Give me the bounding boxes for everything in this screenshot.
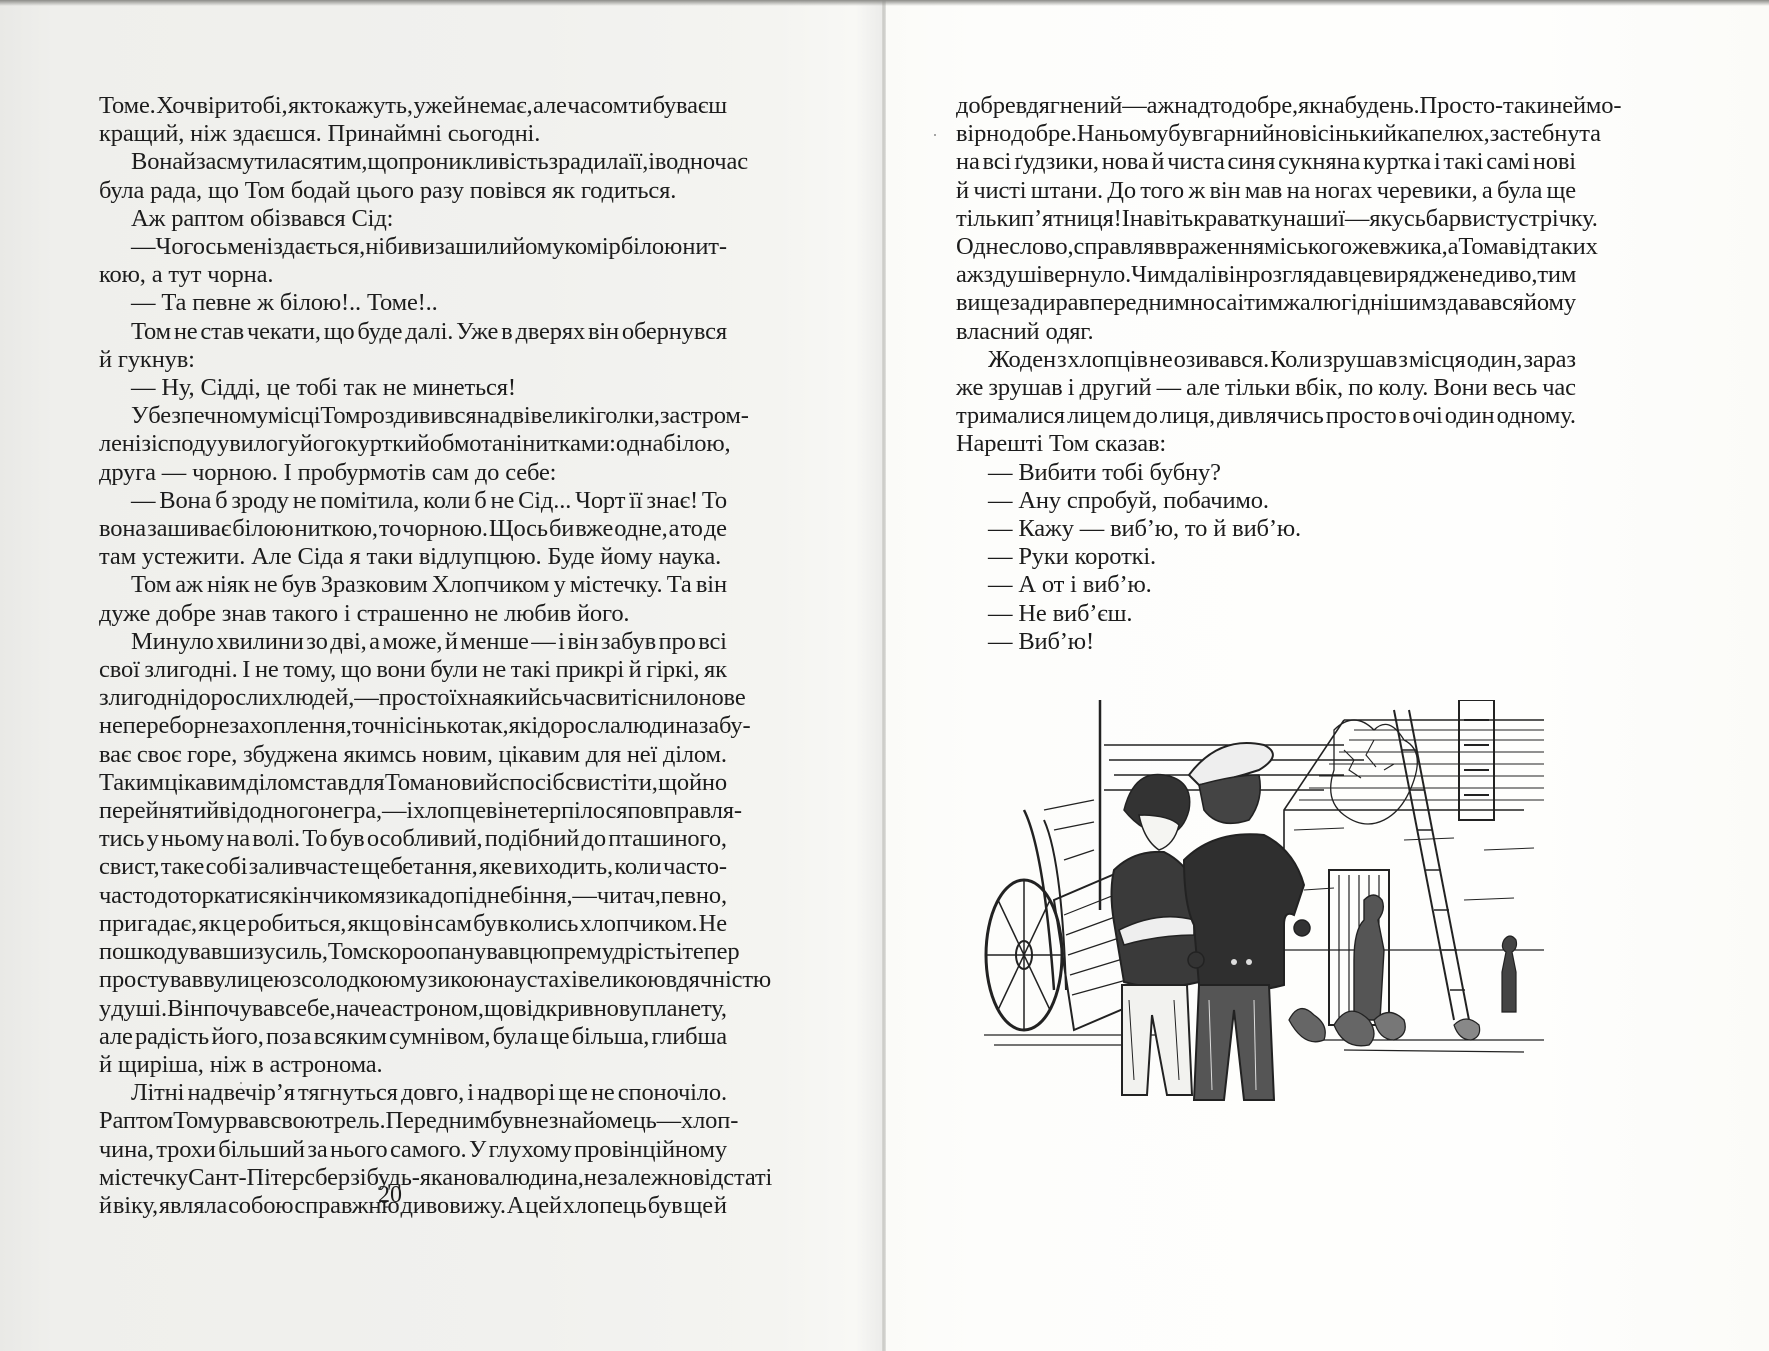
word: людина, bbox=[500, 1164, 584, 1192]
word: його, bbox=[211, 1023, 263, 1051]
word: не bbox=[1149, 346, 1173, 374]
word: а bbox=[1448, 233, 1459, 261]
word: час bbox=[562, 684, 596, 712]
word: обернувся bbox=[622, 318, 727, 346]
word: куртка bbox=[1363, 148, 1431, 176]
text-line: злигоднідорослихлюдей,—простоїхнаякийсьч… bbox=[99, 684, 727, 712]
word: довго, bbox=[401, 1079, 464, 1107]
word: забув bbox=[601, 628, 656, 656]
word: ґудзики, bbox=[1014, 148, 1099, 176]
word: У bbox=[131, 402, 148, 430]
word: свист, bbox=[99, 853, 160, 881]
word: споду bbox=[158, 430, 218, 458]
word: Літні bbox=[131, 1079, 184, 1107]
word: віри bbox=[196, 92, 239, 120]
word: колу. bbox=[1378, 374, 1428, 402]
word: особливий, bbox=[367, 825, 483, 853]
word: астроном, bbox=[381, 995, 483, 1023]
word: хлопців bbox=[1068, 346, 1148, 374]
text-line: навсіґудзики,новайчистасинясукнянакуртка… bbox=[956, 148, 1576, 176]
word: й bbox=[417, 430, 430, 458]
word: лені bbox=[99, 430, 141, 458]
word: хлоп- bbox=[681, 1107, 738, 1135]
word: а bbox=[669, 515, 680, 543]
word: немає, bbox=[467, 92, 533, 120]
word: озивався. bbox=[1174, 346, 1270, 374]
text-line: вірнодобре.Наньомубувгарнийновісінькийка… bbox=[956, 120, 1576, 148]
text-line: кращий, ніж здаєшся. Принаймні сьогодні. bbox=[99, 120, 727, 148]
word: ниткою, bbox=[295, 515, 378, 543]
word: ви bbox=[410, 233, 434, 261]
word: роздивився bbox=[360, 402, 476, 430]
word: Том bbox=[320, 402, 360, 430]
text-line: — Виб’ю! bbox=[956, 628, 1576, 656]
text-line: — Та певне ж білою!.. Томе!.. bbox=[99, 289, 727, 317]
word: барвисту bbox=[1426, 205, 1519, 233]
text-line: дуже добре знав такого і страшенно не лю… bbox=[99, 600, 727, 628]
word: може, bbox=[382, 628, 442, 656]
word: тим bbox=[1537, 261, 1576, 289]
word: як bbox=[704, 656, 727, 684]
word: Уже bbox=[456, 318, 498, 346]
word: Таким bbox=[99, 769, 164, 797]
word: вже bbox=[575, 515, 613, 543]
word: того bbox=[1140, 177, 1184, 205]
word: якимсь bbox=[343, 741, 416, 769]
word: музикою bbox=[400, 966, 491, 994]
word: у bbox=[553, 571, 565, 599]
word: був bbox=[473, 910, 508, 938]
word: планету, bbox=[642, 995, 727, 1023]
word: то bbox=[680, 515, 702, 543]
word: Вона bbox=[131, 148, 183, 176]
word: зрушав bbox=[1323, 346, 1397, 374]
word: вище bbox=[956, 289, 1010, 317]
text-line: й щиріша, ніж в астронома. bbox=[99, 1051, 727, 1079]
text-line: ТакимцікавимділомставдляТомановийспосібс… bbox=[99, 769, 727, 797]
word: Хлопчиком bbox=[432, 571, 549, 599]
word: Жоден bbox=[988, 346, 1056, 374]
word: гіркі, bbox=[646, 656, 699, 684]
word: й bbox=[1151, 148, 1164, 176]
word: на bbox=[956, 148, 980, 176]
word: менше bbox=[460, 628, 528, 656]
word: б bbox=[215, 487, 227, 515]
word: якщо bbox=[347, 910, 401, 938]
word: вернуло. bbox=[1043, 261, 1131, 289]
word: яке bbox=[479, 853, 512, 881]
word: засмутилася bbox=[196, 148, 323, 176]
word: навіть bbox=[1130, 205, 1193, 233]
word: зашили bbox=[435, 233, 512, 261]
word: прикрі bbox=[555, 656, 624, 684]
word: його bbox=[300, 430, 346, 458]
word: чекати, bbox=[247, 318, 321, 346]
word: мені bbox=[227, 233, 273, 261]
word: витіснило bbox=[596, 684, 698, 712]
word: кінчиком bbox=[280, 882, 374, 910]
word: На bbox=[1077, 120, 1105, 148]
word: і bbox=[467, 1079, 474, 1107]
word: якусь bbox=[1369, 205, 1425, 233]
word: Вона bbox=[159, 487, 211, 515]
word: доторкатися bbox=[155, 882, 280, 910]
book-spread: Томе.Хочвіритобі,яктокажуть,ужейнемає,ал… bbox=[0, 0, 1769, 1351]
word: справляв bbox=[1073, 233, 1165, 261]
word: сам bbox=[435, 910, 472, 938]
word: враження bbox=[1166, 233, 1264, 261]
word: людей,— bbox=[283, 684, 378, 712]
word: самі bbox=[1486, 148, 1530, 176]
word: черевики, bbox=[1377, 177, 1478, 205]
text-line: Вонайзасмутиласятим,щопроникливістьзради… bbox=[99, 148, 727, 176]
word: не bbox=[254, 571, 278, 599]
word: ти bbox=[628, 92, 652, 120]
text-line: ТомажніякнебувЗразковимХлопчикомумістечк… bbox=[99, 571, 727, 599]
word: у bbox=[99, 995, 111, 1023]
word: розглядав bbox=[1248, 261, 1348, 289]
word: жалюгіднішим bbox=[1283, 289, 1436, 317]
word: А bbox=[507, 1192, 525, 1220]
word: більша, bbox=[572, 1023, 650, 1051]
word: що bbox=[484, 995, 515, 1023]
word: від bbox=[1509, 233, 1539, 261]
text-line: — Кажу — виб’ю, то й виб’ю. bbox=[956, 515, 1576, 543]
text-line: тількип’ятниця!Інавітькраваткунашиї—якус… bbox=[956, 205, 1576, 233]
word: були bbox=[430, 656, 477, 684]
word: одне, bbox=[614, 515, 667, 543]
word: буде bbox=[357, 318, 402, 346]
word: жевжика, bbox=[1352, 233, 1448, 261]
word: нова bbox=[453, 1164, 500, 1192]
word: пошкодувавши bbox=[99, 938, 254, 966]
word: б bbox=[474, 487, 486, 515]
word: тягнуться bbox=[298, 1079, 398, 1107]
word: для bbox=[586, 741, 622, 769]
word: ділом bbox=[246, 769, 304, 797]
word: її, bbox=[629, 148, 648, 176]
word: не bbox=[482, 656, 506, 684]
word: новий bbox=[436, 769, 498, 797]
text-line: РаптомТомурвавсвоютрель.Переднимбувнезна… bbox=[99, 1107, 727, 1135]
text-line: йчистіштани.Дотогожвінмавнаногахчеревики… bbox=[956, 177, 1576, 205]
word: нову bbox=[594, 995, 642, 1023]
word: Тома bbox=[1458, 233, 1509, 261]
word: не bbox=[504, 797, 528, 825]
word: водночас bbox=[655, 148, 748, 176]
word: про bbox=[659, 628, 696, 656]
word: просто bbox=[1326, 402, 1397, 430]
word: У bbox=[469, 1136, 486, 1164]
word: лицем bbox=[1067, 402, 1131, 430]
word: від bbox=[219, 797, 249, 825]
word: а bbox=[1482, 177, 1493, 205]
word: здається, bbox=[273, 233, 365, 261]
text-line: воназашиваєбілоюниткою,точорною.Щосьбивж… bbox=[99, 515, 727, 543]
word: цікавим bbox=[498, 741, 579, 769]
word: вірно bbox=[956, 120, 1011, 148]
word: нитками: bbox=[522, 430, 616, 458]
word: тільки bbox=[1225, 374, 1290, 402]
word: Том bbox=[328, 938, 368, 966]
word: був bbox=[1168, 120, 1203, 148]
word: застебнута bbox=[1490, 120, 1601, 148]
word: собою bbox=[228, 1192, 293, 1220]
text-line: простуваввулицеюзсолодкоюмузикоюнаустахі… bbox=[99, 966, 727, 994]
word: зо bbox=[306, 628, 328, 656]
word: далі. bbox=[405, 318, 453, 346]
word: вони bbox=[376, 656, 425, 684]
word: точнісінько bbox=[352, 712, 469, 740]
scan-top-edge bbox=[0, 0, 1769, 6]
word: негра,— bbox=[320, 797, 407, 825]
word: новісінький bbox=[1275, 120, 1397, 148]
word: сумнівом, bbox=[389, 1023, 490, 1051]
word: — bbox=[531, 628, 555, 656]
word: хлопчиком. bbox=[580, 910, 698, 938]
word: став bbox=[200, 318, 244, 346]
word: помітила, bbox=[320, 487, 419, 515]
right-page-text: добревдягнений—ажнадтодобре,якнабудень.П… bbox=[956, 92, 1576, 656]
word: шиї bbox=[1307, 205, 1345, 233]
word: піднебіння,— bbox=[455, 882, 597, 910]
word: в bbox=[501, 318, 512, 346]
word: би bbox=[549, 515, 574, 543]
word: премудрість bbox=[551, 938, 676, 966]
word: Коли bbox=[1270, 346, 1322, 374]
word: що bbox=[324, 318, 355, 346]
word: один, bbox=[1467, 346, 1523, 374]
word: коли bbox=[423, 487, 470, 515]
word: й bbox=[99, 1192, 112, 1220]
word: віку, bbox=[113, 1192, 158, 1220]
word: чорною. bbox=[402, 515, 488, 543]
word: такі bbox=[511, 656, 551, 684]
word: далі bbox=[1175, 261, 1217, 289]
word: устах bbox=[515, 966, 572, 994]
word: волі. bbox=[252, 825, 300, 853]
word: перед bbox=[1090, 289, 1149, 317]
word: до bbox=[430, 882, 454, 910]
word: душі bbox=[993, 261, 1043, 289]
text-line: —Чогосьменіздається,нібивизашилийомукомі… bbox=[99, 233, 727, 261]
word: синя bbox=[1228, 148, 1276, 176]
word: місці bbox=[268, 402, 320, 430]
word: Вони bbox=[1433, 374, 1487, 402]
text-line: алерадістьйого,позавсякимсумнівом,булаще… bbox=[99, 1023, 727, 1051]
word: чиста bbox=[1167, 148, 1224, 176]
text-line: вищезадиравпереднимносаітимжалюгіднішимз… bbox=[956, 289, 1576, 317]
word: собі bbox=[206, 853, 248, 881]
word: не bbox=[174, 318, 198, 346]
word: вилогу bbox=[229, 430, 300, 458]
word: неї bbox=[627, 741, 657, 769]
word: тись bbox=[99, 825, 144, 853]
word: в bbox=[1399, 402, 1410, 430]
word: ще bbox=[684, 1192, 713, 1220]
word: тобі, bbox=[240, 92, 287, 120]
text-line: УбезпечномумісціТомроздививсянадвівеликі… bbox=[99, 402, 727, 430]
word: і bbox=[676, 938, 683, 966]
word: не bbox=[591, 1079, 615, 1107]
word: цю bbox=[520, 938, 551, 966]
text-line: добревдягнений—ажнадтодобре,якнабудень.П… bbox=[956, 92, 1576, 120]
word: так, bbox=[469, 712, 508, 740]
word: і bbox=[571, 966, 578, 994]
word: всі bbox=[983, 148, 1012, 176]
word: ніяк bbox=[207, 571, 250, 599]
text-line: — Ану спробуй, побачимо. bbox=[956, 487, 1576, 515]
text-line: —Вонабзродунепомітила,колибнеСід...Чортї… bbox=[99, 487, 727, 515]
word: терпілося bbox=[528, 797, 628, 825]
word: якийсь bbox=[492, 684, 563, 712]
word: на bbox=[1287, 177, 1311, 205]
word: — bbox=[1157, 374, 1181, 402]
word: Чим bbox=[1131, 261, 1175, 289]
word: радість bbox=[135, 1023, 209, 1051]
word: являла bbox=[159, 1192, 227, 1220]
word: що bbox=[367, 148, 398, 176]
word: і bbox=[1434, 148, 1441, 176]
word: як bbox=[1298, 92, 1321, 120]
word: урвав bbox=[213, 1107, 270, 1135]
page-number: 20 bbox=[350, 1182, 430, 1209]
word: не bbox=[293, 487, 317, 515]
word: горе, bbox=[187, 741, 237, 769]
word: Одне bbox=[956, 233, 1009, 261]
word: то bbox=[379, 515, 401, 543]
word: знає! bbox=[646, 487, 698, 515]
word: у bbox=[217, 430, 229, 458]
word: тільки bbox=[956, 205, 1021, 233]
word: колись bbox=[509, 910, 578, 938]
word: диво, bbox=[1483, 261, 1538, 289]
left-page-text: Томе.Хочвіритобі,яктокажуть,ужейнемає,ал… bbox=[99, 92, 727, 1220]
word: вбік, bbox=[1295, 374, 1343, 402]
word: чина, bbox=[99, 1136, 154, 1164]
word: був bbox=[648, 1192, 683, 1220]
word: до bbox=[1133, 402, 1157, 430]
word: захоплення, bbox=[229, 712, 351, 740]
word: він bbox=[1210, 177, 1241, 205]
word: ніби bbox=[365, 233, 410, 261]
word: то bbox=[311, 92, 333, 120]
word: людина bbox=[621, 712, 699, 740]
word: вдягнений bbox=[1016, 92, 1123, 120]
word: до bbox=[582, 825, 606, 853]
word: таке bbox=[161, 853, 204, 881]
word: надто bbox=[1174, 92, 1232, 120]
word: й bbox=[714, 1192, 727, 1220]
text-line: удуші.Вінпочувавсебе,начеастроном,щовідк… bbox=[99, 995, 727, 1023]
word: То bbox=[702, 487, 727, 515]
word: куртки bbox=[346, 430, 417, 458]
word: — bbox=[657, 1107, 681, 1135]
word: статі bbox=[723, 1164, 772, 1192]
word: дивлячись bbox=[1217, 402, 1323, 430]
paper-speck bbox=[240, 1082, 242, 1084]
word: збуджена bbox=[243, 741, 338, 769]
left-page: Томе.Хочвіритобі,яктокажуть,ужейнемає,ал… bbox=[0, 0, 882, 1351]
word: ньому bbox=[161, 825, 224, 853]
text-line: ваєсвоєгоре,збудженаякимсьновим,цікавимд… bbox=[99, 741, 727, 769]
word: штани. bbox=[1031, 177, 1103, 205]
word: їх bbox=[449, 684, 468, 712]
word: зусиль, bbox=[254, 938, 328, 966]
word: опанував bbox=[425, 938, 519, 966]
word: на bbox=[1321, 92, 1345, 120]
word: буваєш bbox=[653, 92, 727, 120]
text-line: Томнеставчекати,щобудедалі.Ужевдверяхвін… bbox=[99, 318, 727, 346]
word: всі bbox=[698, 628, 727, 656]
text-line: Нарешті Том сказав: bbox=[956, 430, 1576, 458]
word: містечку. bbox=[570, 571, 663, 599]
word: свистіти, bbox=[565, 769, 658, 797]
word: перейнятий bbox=[99, 797, 219, 825]
word: і bbox=[1237, 289, 1244, 317]
text-line: Літнінадвечір’ятягнутьсядовго,інадворіще… bbox=[99, 1079, 727, 1107]
word: на bbox=[476, 402, 500, 430]
text-line: Жодензхлопцівнеозивався.Колизрушавзмісця… bbox=[956, 346, 1576, 374]
word: від bbox=[693, 1164, 723, 1192]
text-line: частодоторкатисякінчикомязикадопіднебінн… bbox=[99, 882, 727, 910]
word: незнайомець bbox=[525, 1107, 657, 1135]
text-line: — Руки короткі. bbox=[956, 543, 1576, 571]
word: і bbox=[558, 628, 565, 656]
word: з bbox=[292, 966, 302, 994]
word: був bbox=[490, 1107, 525, 1135]
word: заливчасте bbox=[249, 853, 360, 881]
word: почував bbox=[203, 995, 285, 1023]
word: часто bbox=[99, 882, 155, 910]
word: що bbox=[341, 656, 372, 684]
word: щебетання, bbox=[361, 853, 478, 881]
word: де bbox=[704, 515, 727, 543]
word: ньому bbox=[1105, 120, 1168, 148]
text-line: Аж раптом обізвався Сід: bbox=[99, 205, 727, 233]
word: наче bbox=[336, 995, 382, 1023]
word: зрадила bbox=[549, 148, 629, 176]
word: провінційному bbox=[574, 1136, 727, 1164]
word: щойно bbox=[658, 769, 727, 797]
text-line: Однеслово,справляввраженняміськогожевжик… bbox=[956, 233, 1576, 261]
word: таких bbox=[1539, 233, 1597, 261]
word: глибша bbox=[651, 1023, 726, 1051]
word: великою bbox=[578, 966, 666, 994]
word: душі. bbox=[111, 995, 167, 1023]
word: незалежно bbox=[584, 1164, 693, 1192]
word: — bbox=[1345, 205, 1369, 233]
text-line: жезрушавідругий—алетількивбік,поколу.Вон… bbox=[956, 374, 1576, 402]
word: зі bbox=[141, 430, 157, 458]
word: просто bbox=[379, 684, 450, 712]
word: доросла bbox=[538, 712, 621, 740]
word: глухому bbox=[489, 1136, 572, 1164]
word: Том bbox=[131, 318, 171, 346]
word: обмотані bbox=[430, 430, 523, 458]
word: трохи bbox=[156, 1136, 216, 1164]
word: Щось bbox=[489, 515, 548, 543]
word: зашиває bbox=[147, 515, 231, 543]
word: але bbox=[533, 92, 567, 120]
word: на bbox=[468, 684, 492, 712]
word: великі bbox=[531, 402, 596, 430]
word: цей bbox=[525, 1192, 562, 1220]
word: ділом. bbox=[663, 741, 727, 769]
word: одна bbox=[616, 430, 663, 458]
word: і bbox=[531, 712, 538, 740]
word: До bbox=[1107, 177, 1136, 205]
